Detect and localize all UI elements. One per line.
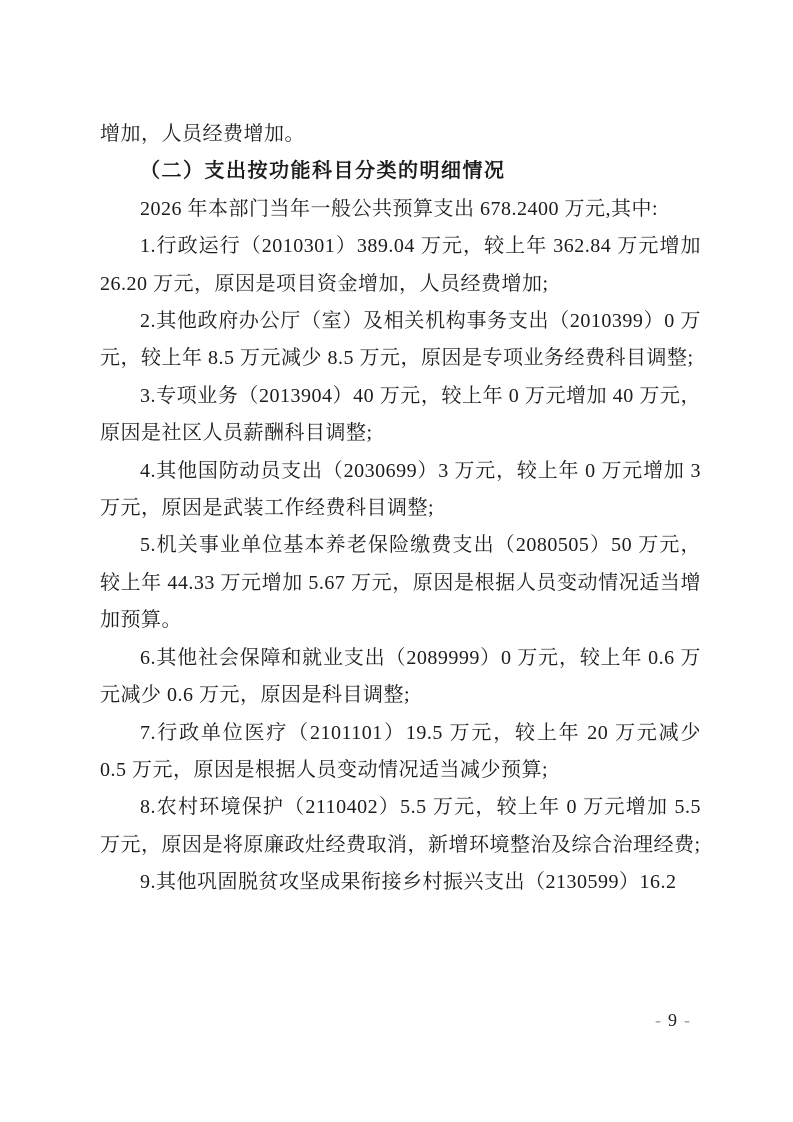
paragraph-item-3: 3.专项业务（2013904）40 万元，较上年 0 万元增加 40 万元，原因… [100, 378, 701, 453]
paragraph-item-8: 8.农村环境保护（2110402）5.5 万元，较上年 0 万元增加 5.5 万… [100, 789, 701, 864]
section-heading: （二）支出按功能科目分类的明细情况 [100, 153, 701, 190]
document-page: 增加，人员经费增加。 （二）支出按功能科目分类的明细情况 2026 年本部门当年… [0, 0, 793, 1122]
footer-page-number: 9 [668, 1010, 677, 1030]
document-body: 增加，人员经费增加。 （二）支出按功能科目分类的明细情况 2026 年本部门当年… [100, 116, 701, 902]
footer-dash-right: - [677, 1010, 697, 1030]
paragraph-item-9: 9.其他巩固脱贫攻坚成果衔接乡村振兴支出（2130599）16.2 [100, 864, 701, 901]
paragraph-continuation: 增加，人员经费增加。 [100, 116, 701, 153]
page-number: -9- [648, 1005, 697, 1035]
paragraph-item-1: 1.行政运行（2010301）389.04 万元，较上年 362.84 万元增加… [100, 228, 701, 303]
paragraph-item-6: 6.其他社会保障和就业支出（2089999）0 万元，较上年 0.6 万元减少 … [100, 640, 701, 715]
paragraph-budget-summary: 2026 年本部门当年一般公共预算支出 678.2400 万元,其中: [100, 191, 701, 228]
page-footer: -9- [0, 1005, 793, 1035]
paragraph-item-2: 2.其他政府办公厅（室）及相关机构事务支出（2010399）0 万元，较上年 8… [100, 303, 701, 378]
paragraph-item-4: 4.其他国防动员支出（2030699）3 万元，较上年 0 万元增加 3 万元，… [100, 453, 701, 528]
paragraph-item-5: 5.机关事业单位基本养老保险缴费支出（2080505）50 万元，较上年 44.… [100, 527, 701, 639]
paragraph-item-7: 7.行政单位医疗（2101101）19.5 万元，较上年 20 万元减少 0.5… [100, 715, 701, 790]
footer-dash-left: - [648, 1010, 668, 1030]
